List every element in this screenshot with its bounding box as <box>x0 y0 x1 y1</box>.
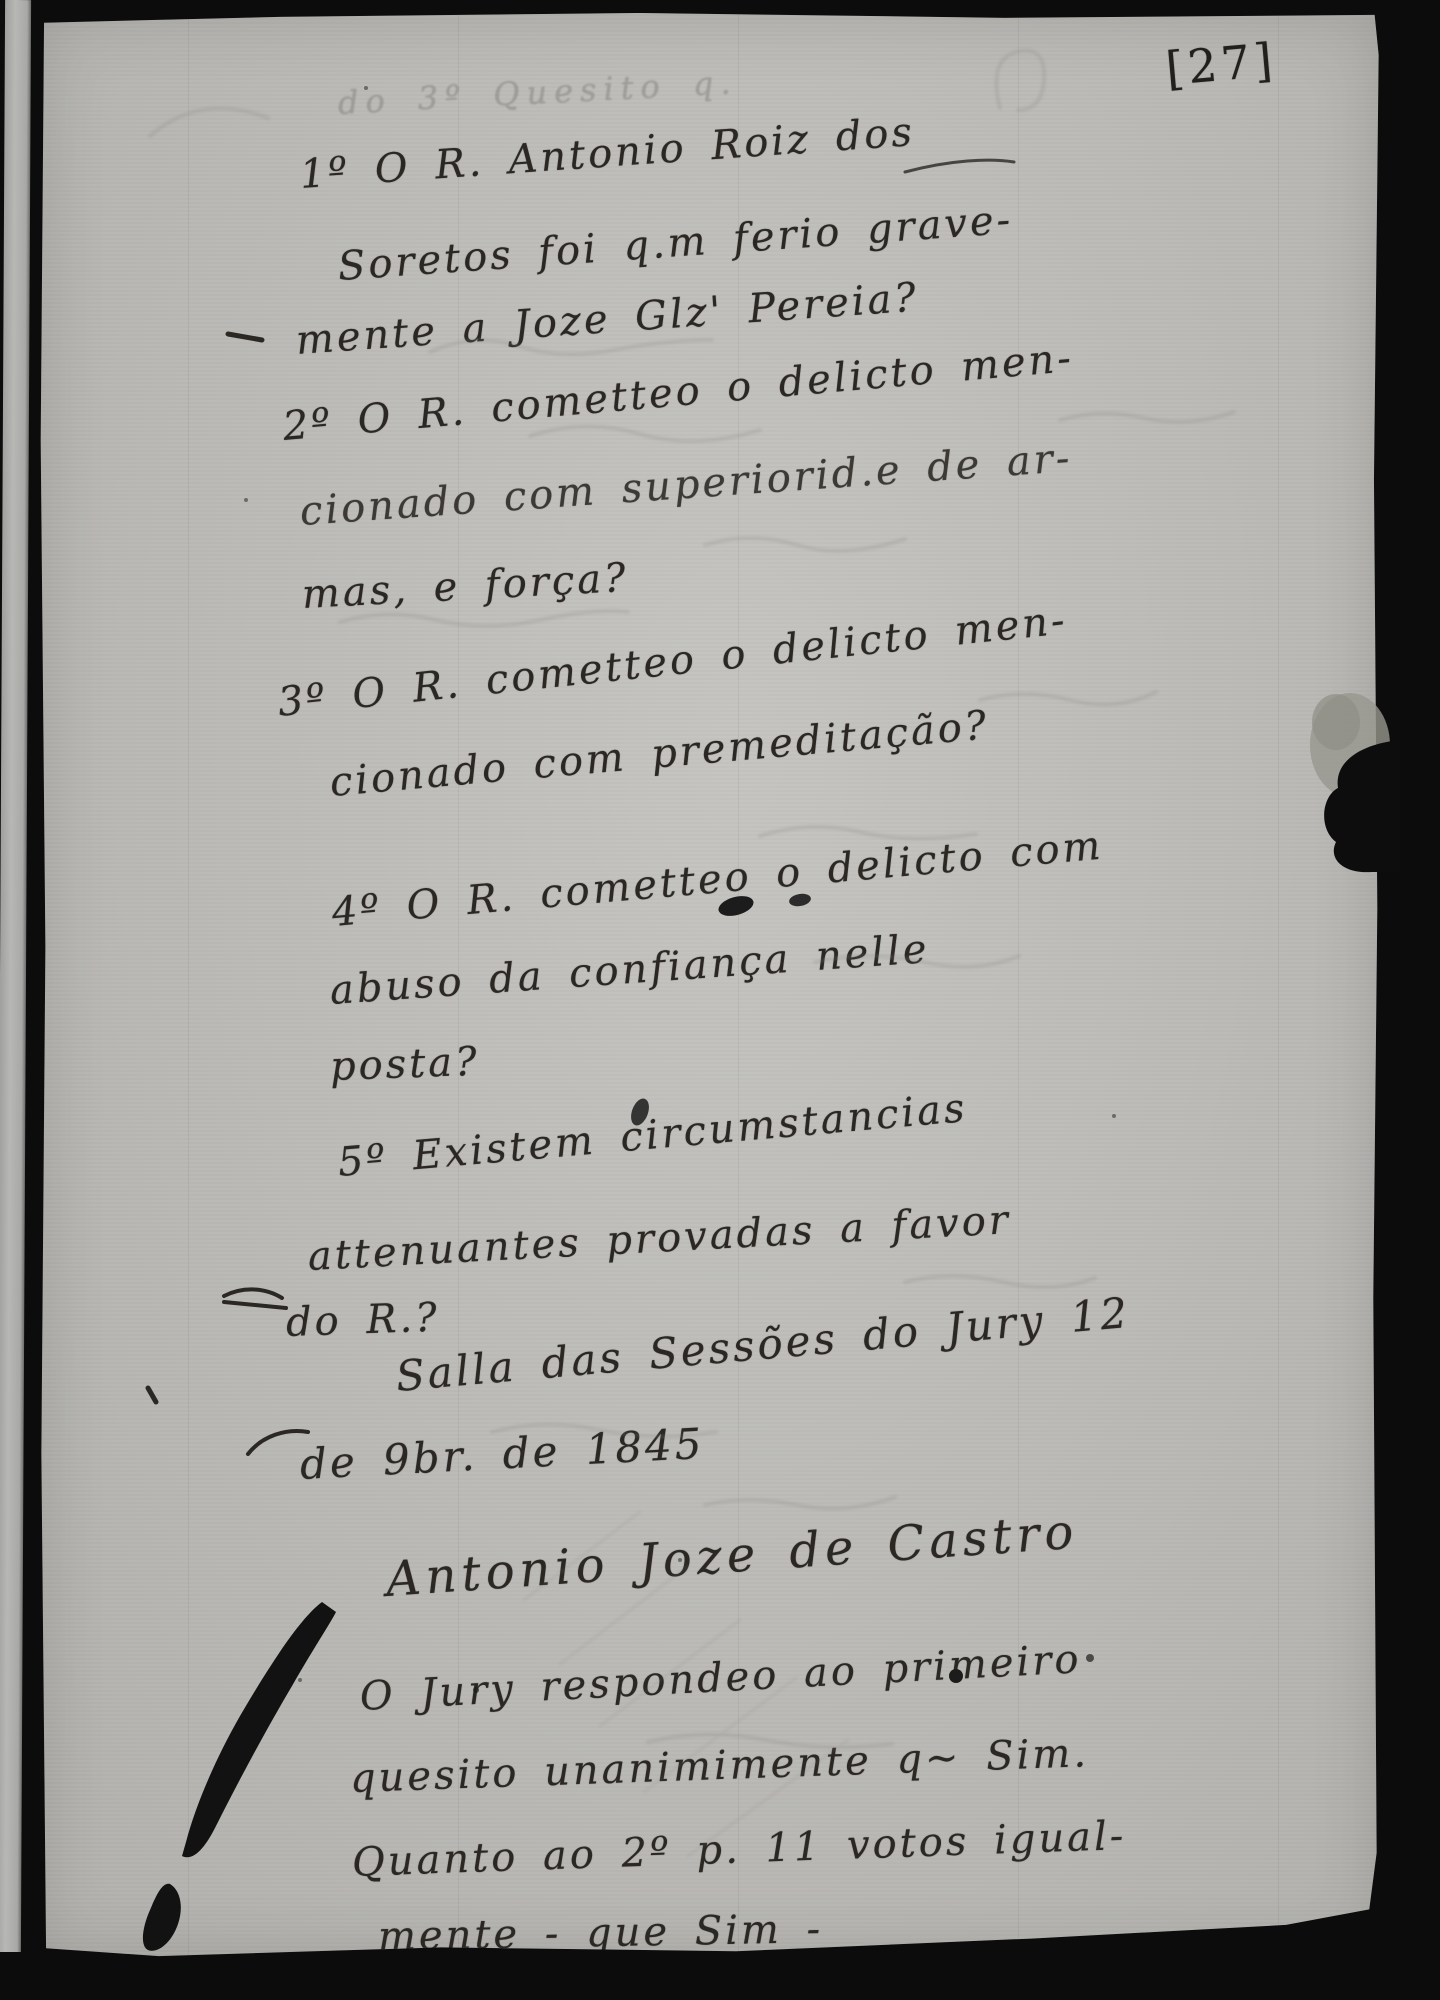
folio-number: [27] <box>1164 32 1279 95</box>
quesito-5-line-1: 5º Existem circumstancias <box>336 1085 969 1186</box>
manuscript-page: [27] do 3º Quesito q. 1º O R. Antonio Ro… <box>38 12 1380 1960</box>
quesito-2-line-2: cionado com superiorid.e de ar- <box>298 435 1073 535</box>
verdict-line-1: O Jury respondeo ao primeiro <box>359 1636 1083 1720</box>
quesito-5-line-3: do R.? <box>285 1295 440 1346</box>
paper-chain-line <box>1278 12 1279 1960</box>
faint-pencil-annotation: do 3º Quesito q. <box>337 63 738 122</box>
verdict-line-4: mente - que Sim - <box>378 1906 824 1960</box>
quesito-1-line-1: 1º O R. Antonio Roiz dos <box>298 109 916 198</box>
quesito-1-line-3: mente a Joze Glz' Pereia? <box>294 275 920 364</box>
paper-chain-line <box>188 12 189 1960</box>
quesito-2-line-3: mas, e força? <box>301 555 630 618</box>
dateline-date: de 9br. de 1845 <box>299 1419 706 1489</box>
quesito-4-line-3: posta? <box>329 1039 480 1090</box>
dateline-place: Salla das Sessões do Jury 12 <box>394 1288 1132 1401</box>
verdict-line-2: quesito unanimimente q~ Sim. <box>349 1730 1090 1802</box>
quesito-3-line-2: cionado com premeditação? <box>328 702 991 805</box>
verdict-line-3: Quanto ao 2º p. 11 votos igual- <box>351 1813 1127 1886</box>
quesito-4-line-1: 4º O R. cometteo o delicto com <box>330 823 1105 936</box>
scan-background: [27] do 3º Quesito q. 1º O R. Antonio Ro… <box>0 0 1440 2000</box>
quesito-5-line-2: attenuantes provadas a favor <box>307 1197 1012 1280</box>
quesito-4-line-2: abuso da confiança nelle <box>328 926 931 1014</box>
signature: Antonio Joze de Castro <box>384 1504 1080 1608</box>
adjacent-page-edge <box>0 0 31 1952</box>
